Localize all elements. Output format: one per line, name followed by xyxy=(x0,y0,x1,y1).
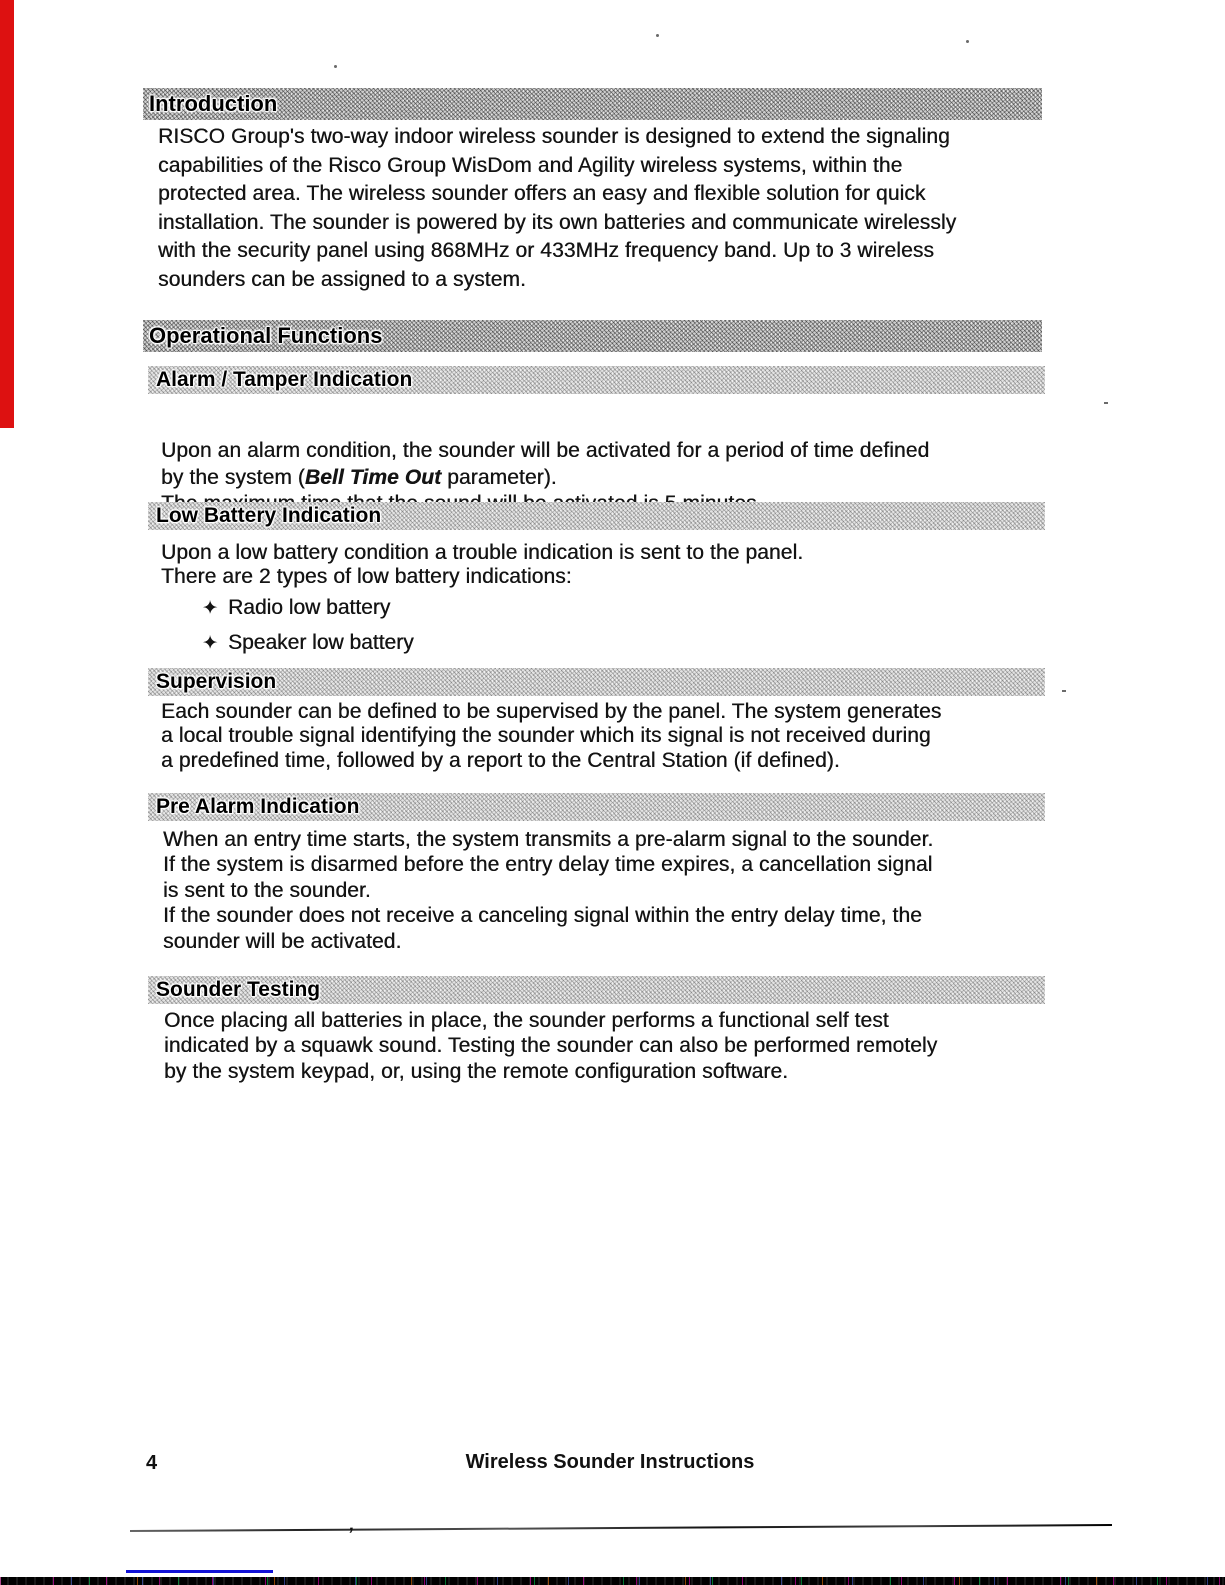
sounder-testing-paragraph: Once placing all batteries in place, the… xyxy=(164,1008,1124,1084)
section-header-alarm-tamper-label: Alarm / Tamper Indication xyxy=(156,368,412,391)
four-pointed-star-icon: ✦ xyxy=(202,597,228,619)
pre-alarm-paragraph: When an entry time starts, the system tr… xyxy=(163,827,1123,954)
section-header-sounder-testing-label: Sounder Testing xyxy=(156,978,320,1001)
scan-speck xyxy=(656,34,659,37)
section-header-low-battery-indication: Low Battery Indication xyxy=(148,502,1045,530)
intro-paragraph: RISCO Group's two-way indoor wireless so… xyxy=(158,123,1118,295)
footer-document-title: Wireless Sounder Instructions xyxy=(155,1451,1065,1474)
section-header-pre-alarm-label: Pre Alarm Indication xyxy=(156,795,359,818)
scan-blue-line xyxy=(126,1570,273,1573)
section-header-supervision-label: Supervision xyxy=(156,670,276,693)
scan-speck xyxy=(334,65,337,68)
list-item-radio-low-battery: ✦Radio low battery xyxy=(202,596,390,620)
section-header-low-battery-label: Low Battery Indication xyxy=(156,504,381,527)
section-header-alarm-tamper-indication: Alarm / Tamper Indication xyxy=(148,366,1045,394)
section-header-sounder-testing: Sounder Testing xyxy=(148,976,1045,1004)
bullet-text: Speaker low battery xyxy=(228,631,414,654)
scan-speck xyxy=(966,40,969,43)
section-header-supervision: Supervision xyxy=(148,668,1045,696)
scan-horizontal-rule xyxy=(130,1524,1112,1532)
scan-ink-mark: ’ xyxy=(347,1524,355,1545)
supervision-paragraph: Each sounder can be defined to be superv… xyxy=(161,700,1121,773)
section-header-introduction-label: Introduction xyxy=(149,91,277,116)
section-header-operational-functions: Operational Functions xyxy=(143,320,1042,352)
section-header-pre-alarm-indication: Pre Alarm Indication xyxy=(148,793,1045,821)
four-pointed-star-icon: ✦ xyxy=(202,632,228,654)
scan-bottom-edge-noise xyxy=(0,1577,1225,1585)
section-header-operational-functions-label: Operational Functions xyxy=(149,323,382,348)
bell-time-out-parameter: Bell Time Out xyxy=(305,466,441,489)
section-header-introduction: Introduction xyxy=(143,88,1042,120)
alarm-text-after: parameter). xyxy=(441,466,557,489)
scan-speck xyxy=(1104,402,1108,404)
bullet-text: Radio low battery xyxy=(228,596,390,619)
document-page: Introduction RISCO Group's two-way indoo… xyxy=(0,0,1225,1585)
low-battery-paragraph: Upon a low battery condition a trouble i… xyxy=(161,541,1121,588)
scan-red-strip xyxy=(0,0,14,428)
list-item-speaker-low-battery: ✦Speaker low battery xyxy=(202,631,414,655)
scan-speck xyxy=(1062,690,1066,692)
